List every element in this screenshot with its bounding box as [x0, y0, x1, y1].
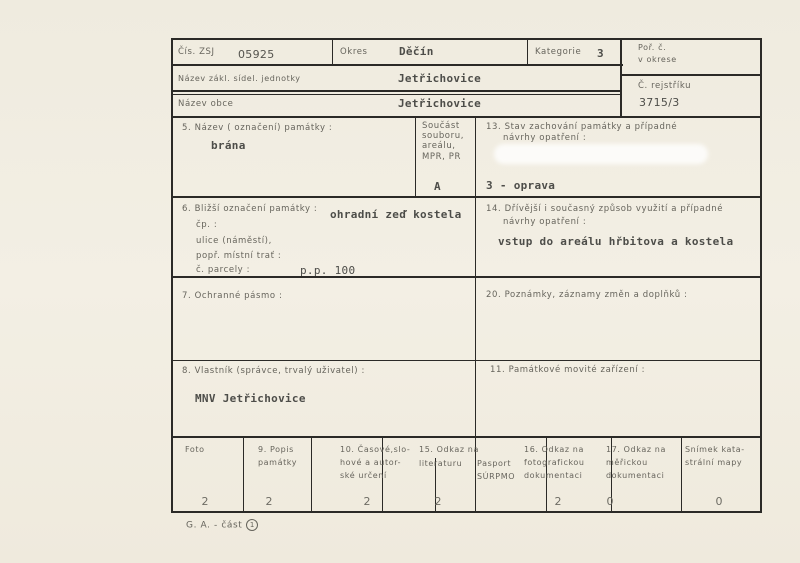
divider — [173, 196, 761, 198]
parcely-label: č. parcely : — [196, 264, 250, 276]
bottom-cell-label: literaturu — [419, 458, 462, 470]
bottom-cell-label: Foto — [185, 444, 205, 456]
bottom-cell-value: 2 — [195, 495, 215, 508]
ulice-label: ulice (náměstí), — [196, 235, 272, 247]
frame-top — [171, 38, 762, 40]
divider — [332, 40, 333, 65]
bottom-cell-value: 2 — [259, 495, 279, 508]
bottom-cell-value: 0 — [600, 495, 620, 508]
nazev-zakl-value: Jetřichovice — [398, 72, 481, 85]
kategorie-label: Kategorie — [535, 46, 581, 58]
cis-zsj-label: Čís. ZSJ — [178, 46, 215, 58]
parcely-value: p.p. 100 — [300, 264, 355, 277]
section13-label-cont: návrhy opatření : — [503, 132, 586, 144]
bottom-cell-label: 17. Odkaz na — [606, 444, 666, 456]
divider — [173, 64, 623, 66]
divider — [173, 116, 761, 118]
section14-value: vstup do areálu hřbitova a kostela — [498, 235, 733, 248]
divider — [173, 276, 761, 278]
section6-label: 6. Bližší označení památky : — [182, 203, 317, 215]
bottom-cell-label: fotografickou — [524, 457, 585, 469]
section14-label-cont: návrhy opatření : — [503, 216, 586, 228]
section7-label: 7. Ochranné pásmo : — [182, 290, 282, 302]
kategorie-value: 3 — [597, 47, 604, 60]
bottom-cell-label: hové a autor- — [340, 457, 401, 469]
cis-zsj-value: 05925 — [238, 48, 275, 61]
rejstrik-value: 3715/3 — [639, 96, 680, 109]
section6-value: ohradní zeď kostela — [330, 208, 462, 221]
por-c-sublabel: v okrese — [638, 54, 677, 66]
divider — [311, 437, 312, 512]
cp-label: čp. : — [196, 219, 217, 231]
divider — [173, 436, 761, 438]
soucast-label: areálu, — [422, 141, 456, 152]
bottom-cell-label: památky — [258, 457, 297, 469]
nazev-zakl-label: Název zákl. sídel. jednotky — [178, 73, 301, 85]
section14-label: 14. Dřívější i současný způsob využití a… — [486, 203, 723, 215]
divider — [527, 40, 528, 65]
bottom-cell-value: 2 — [548, 495, 568, 508]
divider — [621, 74, 761, 76]
okres-value: Děčín — [399, 45, 434, 58]
section5-label: 5. Název ( označení) památky : — [182, 122, 332, 134]
bottom-cell-label: měřickou — [606, 457, 648, 469]
bottom-cell-label: ské určení — [340, 470, 387, 482]
bottom-cell-label: Pasport — [477, 458, 511, 470]
bottom-cell-label: 9. Popis — [258, 444, 294, 456]
footer-text: G. A. - část — [186, 521, 242, 531]
nazev-obce-value: Jetřichovice — [398, 97, 481, 110]
section8-value: MNV Jetřichovice — [195, 392, 306, 405]
bottom-cell-value: 2 — [428, 495, 448, 508]
soucast-label: MPR, PR — [422, 152, 461, 163]
section11-label: 11. Památkové movité zařízení : — [490, 364, 645, 376]
frame-bottom — [171, 511, 762, 513]
section5-value: brána — [211, 139, 246, 152]
bottom-cell-label: Snímek kata- — [685, 444, 745, 456]
rejstrik-label: Č. rejstříku — [638, 80, 691, 92]
divider — [475, 117, 476, 437]
divider — [681, 437, 682, 512]
trat-label: popř. místní trať : — [196, 250, 281, 262]
section20-label: 20. Poznámky, záznamy změn a doplňků : — [486, 289, 688, 301]
circled-number: 1 — [246, 519, 258, 531]
bottom-cell-label: 15. Odkaz na — [419, 444, 479, 456]
divider — [173, 94, 621, 95]
correction-mark — [494, 144, 708, 164]
bottom-cell-label: 16. Odkaz na — [524, 444, 584, 456]
okres-label: Okres — [340, 46, 368, 58]
section8-label: 8. Vlastník (správce, trvalý uživatel) : — [182, 365, 365, 377]
bottom-cell-label: SÚRPMO — [477, 471, 515, 483]
bottom-cell-label: strální mapy — [685, 457, 742, 469]
divider — [173, 360, 761, 361]
bottom-cell-label: dokumentaci — [524, 470, 582, 482]
por-c-label: Poř. č. — [638, 42, 666, 54]
footer-note: G. A. - část1 — [186, 519, 258, 532]
divider — [620, 40, 622, 117]
divider — [415, 117, 416, 197]
bottom-cell-value: 0 — [709, 495, 729, 508]
nazev-obce-label: Název obce — [178, 98, 234, 110]
record-card: Čís. ZSJ 05925 Okres Děčín Kategorie 3 P… — [0, 0, 800, 563]
soucast-value: A — [434, 180, 441, 193]
divider — [173, 90, 621, 92]
section13-value: 3 - oprava — [486, 179, 555, 192]
bottom-cell-value: 2 — [357, 495, 377, 508]
bottom-cell-label: 10. Časové,slo- — [340, 444, 410, 456]
divider — [243, 437, 244, 512]
bottom-cell-label: dokumentaci — [606, 470, 664, 482]
